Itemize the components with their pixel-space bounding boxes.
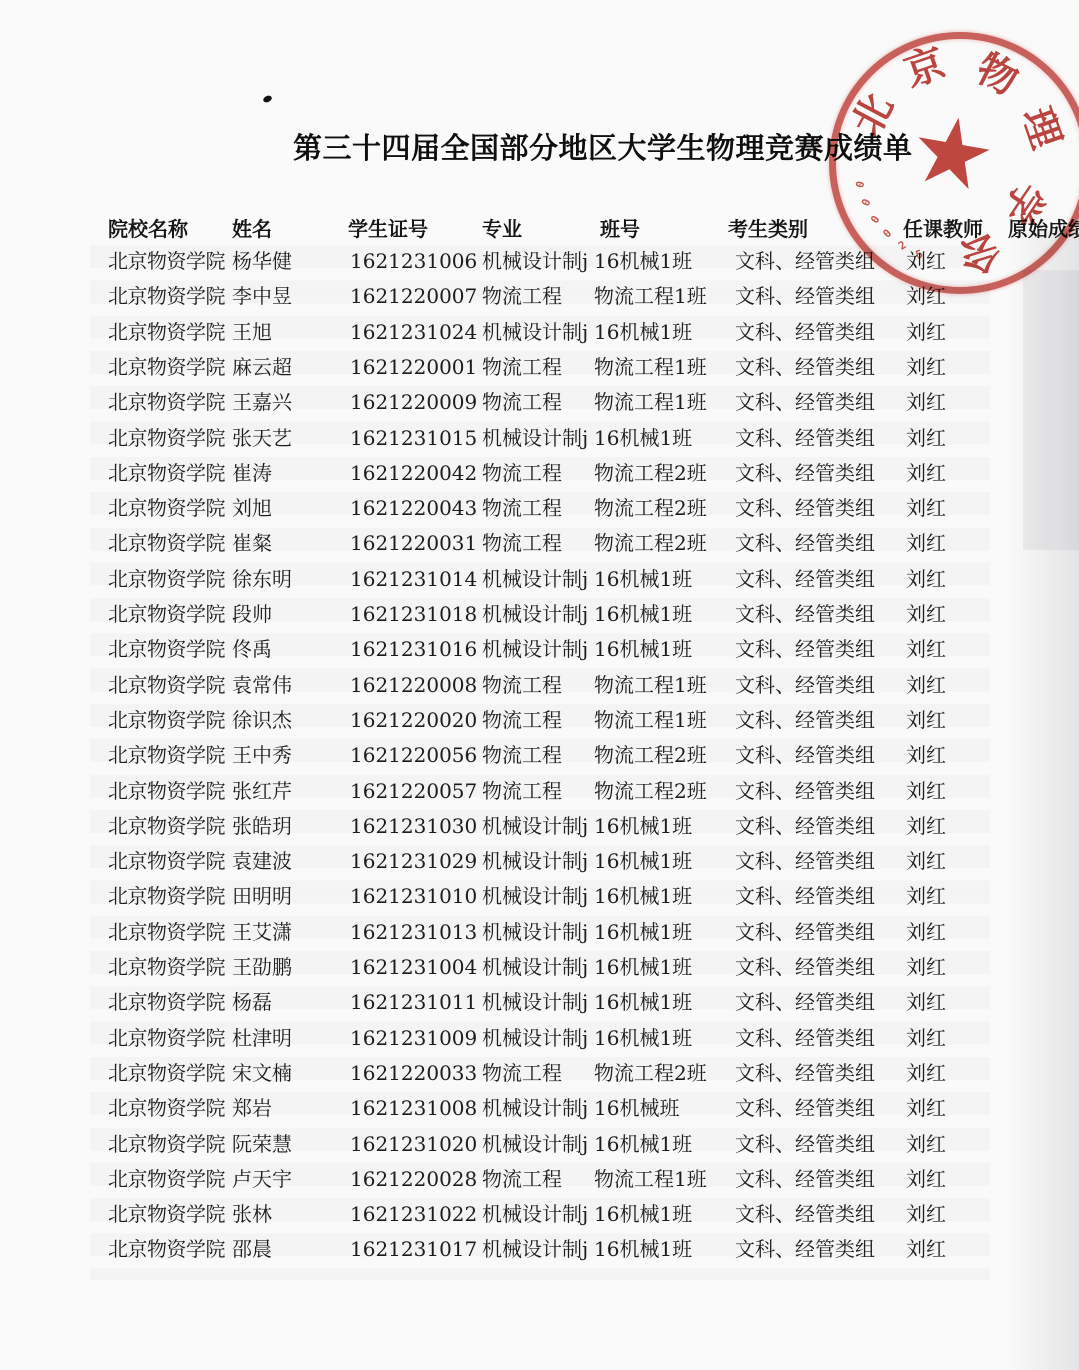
cell-category: 文科、经管类组 — [735, 459, 875, 487]
cell-name: 徐东明 — [232, 565, 292, 593]
cell-name: 王劭鹏 — [232, 953, 292, 981]
table-row: 北京物资学院王艾潇1621231013机械设计制j16机械1班文科、经管类组刘红 — [0, 918, 1079, 953]
cell-major: 机械设计制j — [482, 1024, 588, 1052]
cell-student_id: 1621220009 — [350, 388, 477, 416]
cell-category: 文科、经管类组 — [735, 1200, 875, 1228]
cell-category: 文科、经管类组 — [735, 812, 875, 840]
cell-teacher: 刘红 — [906, 424, 946, 452]
cell-teacher: 刘红 — [906, 1165, 946, 1193]
cell-name: 崔涛 — [232, 459, 272, 487]
cell-student_id: 1621220001 — [350, 353, 477, 381]
table-row: 北京物资学院王旭1621231024机械设计制j16机械1班文科、经管类组刘红 — [0, 318, 1079, 353]
cell-class: 16机械1班 — [594, 565, 692, 593]
cell-student_id: 1621231016 — [350, 635, 477, 663]
table-row: 北京物资学院张皓玥1621231030机械设计制j16机械1班文科、经管类组刘红 — [0, 812, 1079, 847]
cell-major: 物流工程 — [482, 529, 562, 557]
cell-major: 机械设计制j — [482, 1235, 588, 1263]
cell-name: 郑岩 — [232, 1094, 272, 1122]
cell-major: 物流工程 — [482, 353, 562, 381]
cell-category: 文科、经管类组 — [735, 494, 875, 522]
cell-class: 物流工程2班 — [594, 1059, 707, 1087]
table-row: 北京物资学院宋文楠1621220033物流工程物流工程2班文科、经管类组刘红 — [0, 1059, 1079, 1094]
table-row: 北京物资学院刘旭1621220043物流工程物流工程2班文科、经管类组刘红 — [0, 494, 1079, 529]
cell-student_id: 1621231022 — [350, 1200, 477, 1228]
cell-college: 北京物资学院 — [108, 1094, 225, 1122]
cell-class: 物流工程2班 — [594, 529, 707, 557]
cell-college: 北京物资学院 — [108, 1165, 225, 1193]
cell-name: 杨华健 — [232, 247, 292, 275]
cell-college: 北京物资学院 — [108, 1024, 225, 1052]
cell-name: 刘旭 — [232, 494, 272, 522]
table-row: 北京物资学院杨华健1621231006机械设计制j16机械1班文科、经管类组刘红 — [0, 247, 1079, 282]
table-row: 北京物资学院田明明1621231010机械设计制j16机械1班文科、经管类组刘红 — [0, 882, 1079, 917]
cell-category: 文科、经管类组 — [735, 882, 875, 910]
cell-name: 徐识杰 — [232, 706, 292, 734]
cell-major: 机械设计制j — [482, 847, 588, 875]
cell-student_id: 1621220042 — [350, 459, 477, 487]
cell-teacher: 刘红 — [906, 882, 946, 910]
cell-student_id: 1621220007 — [350, 282, 477, 310]
cell-college: 北京物资学院 — [108, 918, 225, 946]
cell-student_id: 1621231010 — [350, 882, 477, 910]
cell-category: 文科、经管类组 — [735, 282, 875, 310]
cell-teacher: 刘红 — [906, 706, 946, 734]
cell-college: 北京物资学院 — [108, 1059, 225, 1087]
cell-category: 文科、经管类组 — [735, 247, 875, 275]
cell-class: 16机械班 — [594, 1094, 679, 1122]
cell-student_id: 1621231024 — [350, 318, 477, 346]
cell-class: 16机械1班 — [594, 600, 692, 628]
cell-teacher: 刘红 — [906, 529, 946, 557]
cell-college: 北京物资学院 — [108, 635, 225, 663]
cell-major: 物流工程 — [482, 388, 562, 416]
cell-teacher: 刘红 — [906, 741, 946, 769]
cell-category: 文科、经管类组 — [735, 1024, 875, 1052]
cell-name: 袁常伟 — [232, 671, 292, 699]
cell-name: 段帅 — [232, 600, 272, 628]
cell-teacher: 刘红 — [906, 1130, 946, 1158]
cell-name: 杨磊 — [232, 988, 272, 1016]
cell-category: 文科、经管类组 — [735, 1094, 875, 1122]
cell-major: 物流工程 — [482, 671, 562, 699]
cell-category: 文科、经管类组 — [735, 706, 875, 734]
table-row: 北京物资学院徐识杰1621220020物流工程物流工程1班文科、经管类组刘红 — [0, 706, 1079, 741]
table-row: 北京物资学院张林1621231022机械设计制j16机械1班文科、经管类组刘红 — [0, 1200, 1079, 1235]
cell-college: 北京物资学院 — [108, 882, 225, 910]
cell-teacher: 刘红 — [906, 918, 946, 946]
cell-name: 张皓玥 — [232, 812, 292, 840]
cell-category: 文科、经管类组 — [735, 741, 875, 769]
cell-category: 文科、经管类组 — [735, 1059, 875, 1087]
cell-teacher: 刘红 — [906, 1235, 946, 1263]
cell-student_id: 1621220043 — [350, 494, 477, 522]
cell-student_id: 1621231008 — [350, 1094, 477, 1122]
cell-class: 16机械1班 — [594, 247, 692, 275]
cell-major: 机械设计制j — [482, 600, 588, 628]
cell-major: 机械设计制j — [482, 565, 588, 593]
cell-name: 李中昱 — [232, 282, 292, 310]
cell-student_id: 1621231018 — [350, 600, 477, 628]
cell-teacher: 刘红 — [906, 988, 946, 1016]
cell-college: 北京物资学院 — [108, 424, 225, 452]
cell-major: 物流工程 — [482, 459, 562, 487]
table-row: 北京物资学院杜津明1621231009机械设计制j16机械1班文科、经管类组刘红 — [0, 1024, 1079, 1059]
cell-class: 16机械1班 — [594, 847, 692, 875]
cell-class: 16机械1班 — [594, 812, 692, 840]
table-row: 北京物资学院杨磊1621231011机械设计制j16机械1班文科、经管类组刘红 — [0, 988, 1079, 1023]
cell-teacher: 刘红 — [906, 1094, 946, 1122]
cell-category: 文科、经管类组 — [735, 388, 875, 416]
cell-name: 袁建波 — [232, 847, 292, 875]
cell-category: 文科、经管类组 — [735, 671, 875, 699]
cell-college: 北京物资学院 — [108, 1235, 225, 1263]
table-row: 北京物资学院王嘉兴1621220009物流工程物流工程1班文科、经管类组刘红 — [0, 388, 1079, 423]
cell-student_id: 1621220056 — [350, 741, 477, 769]
cell-class: 16机械1班 — [594, 318, 692, 346]
cell-college: 北京物资学院 — [108, 1130, 225, 1158]
cell-major: 机械设计制j — [482, 318, 588, 346]
cell-student_id: 1621220028 — [350, 1165, 477, 1193]
cell-major: 机械设计制j — [482, 953, 588, 981]
cell-category: 文科、经管类组 — [735, 847, 875, 875]
cell-teacher: 刘红 — [906, 812, 946, 840]
table-row: 北京物资学院邵晨1621231017机械设计制j16机械1班文科、经管类组刘红 — [0, 1235, 1079, 1270]
cell-college: 北京物资学院 — [108, 847, 225, 875]
cell-college: 北京物资学院 — [108, 529, 225, 557]
cell-college: 北京物资学院 — [108, 353, 225, 381]
cell-name: 张红芹 — [232, 777, 292, 805]
cell-student_id: 1621231029 — [350, 847, 477, 875]
cell-class: 16机械1班 — [594, 1200, 692, 1228]
cell-category: 文科、经管类组 — [735, 529, 875, 557]
table-row: 北京物资学院崔涛1621220042物流工程物流工程2班文科、经管类组刘红 — [0, 459, 1079, 494]
cell-major: 机械设计制j — [482, 1200, 588, 1228]
cell-name: 王旭 — [232, 318, 272, 346]
cell-category: 文科、经管类组 — [735, 600, 875, 628]
cell-name: 崔粲 — [232, 529, 272, 557]
cell-name: 佟禹 — [232, 635, 272, 663]
cell-teacher: 刘红 — [906, 388, 946, 416]
cell-major: 机械设计制j — [482, 635, 588, 663]
cell-student_id: 1621231030 — [350, 812, 477, 840]
cell-major: 物流工程 — [482, 494, 562, 522]
cell-name: 张天艺 — [232, 424, 292, 452]
table-row: 北京物资学院李中昱1621220007物流工程物流工程1班文科、经管类组刘红 — [0, 282, 1079, 317]
cell-class: 物流工程1班 — [594, 353, 707, 381]
cell-category: 文科、经管类组 — [735, 1165, 875, 1193]
cell-student_id: 1621220020 — [350, 706, 477, 734]
cell-student_id: 1621220057 — [350, 777, 477, 805]
cell-major: 物流工程 — [482, 706, 562, 734]
cell-teacher: 刘红 — [906, 318, 946, 346]
table-row: 北京物资学院郑岩1621231008机械设计制j16机械班文科、经管类组刘红 — [0, 1094, 1079, 1129]
cell-class: 物流工程1班 — [594, 388, 707, 416]
cell-category: 文科、经管类组 — [735, 918, 875, 946]
cell-major: 物流工程 — [482, 777, 562, 805]
cell-name: 麻云超 — [232, 353, 292, 381]
table-row: 北京物资学院段帅1621231018机械设计制j16机械1班文科、经管类组刘红 — [0, 600, 1079, 635]
cell-name: 卢天宇 — [232, 1165, 292, 1193]
cell-class: 16机械1班 — [594, 635, 692, 663]
cell-category: 文科、经管类组 — [735, 1130, 875, 1158]
cell-class: 16机械1班 — [594, 1235, 692, 1263]
table-row: 北京物资学院张天艺1621231015机械设计制j16机械1班文科、经管类组刘红 — [0, 424, 1079, 459]
cell-category: 文科、经管类组 — [735, 1235, 875, 1263]
cell-major: 机械设计制j — [482, 424, 588, 452]
cell-teacher: 刘红 — [906, 282, 946, 310]
cell-major: 机械设计制j — [482, 988, 588, 1016]
table-row: 北京物资学院麻云超1621220001物流工程物流工程1班文科、经管类组刘红 — [0, 353, 1079, 388]
cell-category: 文科、经管类组 — [735, 424, 875, 452]
table-row: 北京物资学院徐东明1621231014机械设计制j16机械1班文科、经管类组刘红 — [0, 565, 1079, 600]
cell-name: 阮荣慧 — [232, 1130, 292, 1158]
table-row: 北京物资学院崔粲1621220031物流工程物流工程2班文科、经管类组刘红 — [0, 529, 1079, 564]
cell-category: 文科、经管类组 — [735, 353, 875, 381]
cell-category: 文科、经管类组 — [735, 565, 875, 593]
cell-teacher: 刘红 — [906, 777, 946, 805]
cell-major: 物流工程 — [482, 1059, 562, 1087]
cell-class: 16机械1班 — [594, 1130, 692, 1158]
cell-student_id: 1621231004 — [350, 953, 477, 981]
cell-class: 16机械1班 — [594, 953, 692, 981]
cell-teacher: 刘红 — [906, 1024, 946, 1052]
cell-class: 16机械1班 — [594, 424, 692, 452]
cell-category: 文科、经管类组 — [735, 318, 875, 346]
cell-name: 田明明 — [232, 882, 292, 910]
cell-class: 16机械1班 — [594, 882, 692, 910]
cell-college: 北京物资学院 — [108, 741, 225, 769]
cell-student_id: 1621220008 — [350, 671, 477, 699]
cell-teacher: 刘红 — [906, 459, 946, 487]
cell-college: 北京物资学院 — [108, 494, 225, 522]
table-row: 北京物资学院王劭鹏1621231004机械设计制j16机械1班文科、经管类组刘红 — [0, 953, 1079, 988]
cell-college: 北京物资学院 — [108, 565, 225, 593]
cell-college: 北京物资学院 — [108, 706, 225, 734]
cell-teacher: 刘红 — [906, 247, 946, 275]
cell-major: 机械设计制j — [482, 247, 588, 275]
cell-student_id: 1621220031 — [350, 529, 477, 557]
cell-teacher: 刘红 — [906, 600, 946, 628]
cell-student_id: 1621231017 — [350, 1235, 477, 1263]
cell-major: 物流工程 — [482, 1165, 562, 1193]
table-row: 北京物资学院卢天宇1621220028物流工程物流工程1班文科、经管类组刘红 — [0, 1165, 1079, 1200]
cell-category: 文科、经管类组 — [735, 635, 875, 663]
cell-name: 张林 — [232, 1200, 272, 1228]
cell-major: 机械设计制j — [482, 1094, 588, 1122]
cell-college: 北京物资学院 — [108, 600, 225, 628]
cell-teacher: 刘红 — [906, 635, 946, 663]
cell-category: 文科、经管类组 — [735, 988, 875, 1016]
table-row: 北京物资学院佟禹1621231016机械设计制j16机械1班文科、经管类组刘红 — [0, 635, 1079, 670]
table-row: 北京物资学院阮荣慧1621231020机械设计制j16机械1班文科、经管类组刘红 — [0, 1130, 1079, 1165]
cell-teacher: 刘红 — [906, 1059, 946, 1087]
cell-college: 北京物资学院 — [108, 812, 225, 840]
cell-name: 邵晨 — [232, 1235, 272, 1263]
cell-student_id: 1621231014 — [350, 565, 477, 593]
cell-class: 物流工程2班 — [594, 777, 707, 805]
cell-college: 北京物资学院 — [108, 282, 225, 310]
cell-college: 北京物资学院 — [108, 988, 225, 1016]
cell-student_id: 1621231009 — [350, 1024, 477, 1052]
cell-college: 北京物资学院 — [108, 459, 225, 487]
cell-teacher: 刘红 — [906, 1200, 946, 1228]
cell-category: 文科、经管类组 — [735, 953, 875, 981]
cell-major: 机械设计制j — [482, 812, 588, 840]
cell-major: 机械设计制j — [482, 882, 588, 910]
cell-teacher: 刘红 — [906, 565, 946, 593]
cell-student_id: 1621231020 — [350, 1130, 477, 1158]
cell-name: 王中秀 — [232, 741, 292, 769]
cell-student_id: 1621231015 — [350, 424, 477, 452]
cell-class: 物流工程1班 — [594, 282, 707, 310]
cell-student_id: 1621220033 — [350, 1059, 477, 1087]
cell-name: 王嘉兴 — [232, 388, 292, 416]
cell-class: 16机械1班 — [594, 918, 692, 946]
cell-college: 北京物资学院 — [108, 671, 225, 699]
cell-teacher: 刘红 — [906, 671, 946, 699]
cell-class: 16机械1班 — [594, 1024, 692, 1052]
cell-college: 北京物资学院 — [108, 388, 225, 416]
cell-class: 物流工程2班 — [594, 459, 707, 487]
cell-college: 北京物资学院 — [108, 318, 225, 346]
cell-class: 物流工程2班 — [594, 494, 707, 522]
cell-college: 北京物资学院 — [108, 953, 225, 981]
cell-name: 宋文楠 — [232, 1059, 292, 1087]
cell-teacher: 刘红 — [906, 353, 946, 381]
table-row: 北京物资学院袁常伟1621220008物流工程物流工程1班文科、经管类组刘红 — [0, 671, 1079, 706]
cell-student_id: 1621231013 — [350, 918, 477, 946]
cell-college: 北京物资学院 — [108, 1200, 225, 1228]
cell-major: 机械设计制j — [482, 918, 588, 946]
scanned-score-sheet: 第三十四届全国部分地区大学生物理竞赛成绩单 院校名称姓名学生证号专业班号考生类别… — [0, 0, 1079, 1370]
score-table: 北京物资学院杨华健1621231006机械设计制j16机械1班文科、经管类组刘红… — [0, 0, 1079, 1370]
table-row: 北京物资学院王中秀1621220056物流工程物流工程2班文科、经管类组刘红 — [0, 741, 1079, 776]
cell-student_id: 1621231006 — [350, 247, 477, 275]
cell-major: 物流工程 — [482, 741, 562, 769]
table-row: 北京物资学院张红芹1621220057物流工程物流工程2班文科、经管类组刘红 — [0, 777, 1079, 812]
cell-class: 物流工程1班 — [594, 1165, 707, 1193]
cell-class: 物流工程1班 — [594, 671, 707, 699]
cell-teacher: 刘红 — [906, 953, 946, 981]
cell-student_id: 1621231011 — [350, 988, 477, 1016]
cell-major: 物流工程 — [482, 282, 562, 310]
cell-college: 北京物资学院 — [108, 777, 225, 805]
table-row: 北京物资学院袁建波1621231029机械设计制j16机械1班文科、经管类组刘红 — [0, 847, 1079, 882]
cell-teacher: 刘红 — [906, 494, 946, 522]
cell-class: 物流工程1班 — [594, 706, 707, 734]
cell-major: 机械设计制j — [482, 1130, 588, 1158]
cell-teacher: 刘红 — [906, 847, 946, 875]
cell-class: 物流工程2班 — [594, 741, 707, 769]
cell-class: 16机械1班 — [594, 988, 692, 1016]
cell-college: 北京物资学院 — [108, 247, 225, 275]
cell-name: 杜津明 — [232, 1024, 292, 1052]
cell-name: 王艾潇 — [232, 918, 292, 946]
cell-category: 文科、经管类组 — [735, 777, 875, 805]
